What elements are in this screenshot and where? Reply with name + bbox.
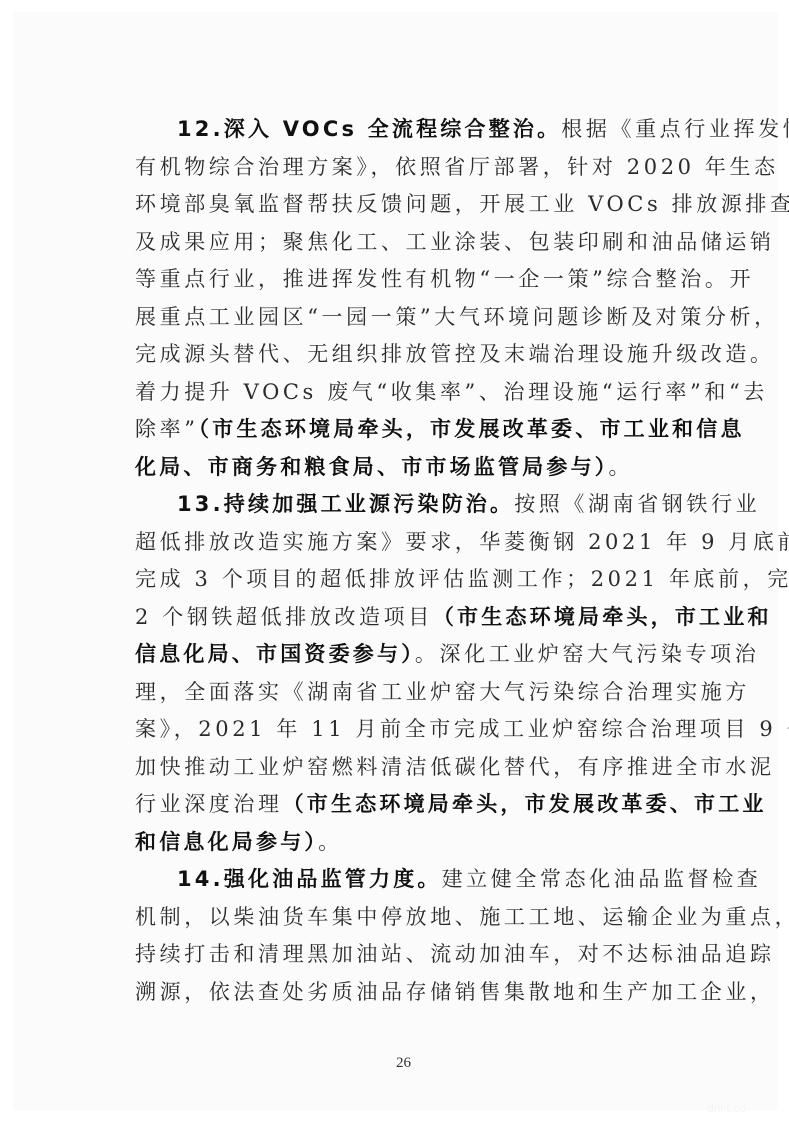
paragraph-13-line-5: 信息化局、市国资委参与）。深化工业炉窑大气污染专项治: [135, 636, 685, 674]
text-segment: 完成源头替代、无组织排放管控及末端治理设施升级改造。: [135, 342, 775, 366]
text-segment: 。: [318, 830, 343, 854]
document-page: 12.深入 VOCs 全流程综合整治。根据《重点行业挥发性 有机物综合治理方案》…: [13, 12, 778, 1110]
paragraph-12-line-3: 环境部臭氧监督帮扶反馈问题，开展工业 VOCs 排放源排查: [135, 186, 685, 224]
paragraph-13-line-10: 和信息化局参与）。: [135, 824, 685, 862]
text-segment: 理，全面落实《湖南省工业炉窑大气污染综合治理实施方: [135, 680, 750, 704]
item-14-heading: 14.强化油品监管力度。: [177, 867, 442, 891]
text-segment: 及成果应用；聚焦化工、工业涂装、包装印刷和油品储运销: [135, 230, 775, 254]
text-segment: 根据《重点行业挥发性: [561, 117, 789, 141]
responsible-departments: （市生态环境局牵头，市工业和: [433, 605, 772, 629]
paragraph-14-line-1: 14.强化油品监管力度。建立健全常态化油品监督检查: [135, 861, 685, 899]
text-segment: 行业深度治理: [135, 792, 283, 816]
paragraph-14-line-3: 持续打击和清理黑加油站、流动加油车，对不达标油品追踪: [135, 936, 685, 974]
responsible-departments: 化局、市商务和粮食局、市市场监管局参与）: [135, 455, 609, 479]
paragraph-13-line-7: 案》，2021 年 11 月前全市完成工业炉窑综合治理项目 9 个。: [135, 711, 685, 749]
text-segment: 溯源，依法查处劣质油品存储销售集散地和生产加工企业，: [135, 980, 775, 1004]
responsible-departments: （市生态环境局牵头，市发展改革委、市工业和信息: [199, 417, 745, 441]
text-segment: 加快推动工业炉窑燃料清洁低碳化替代，有序推进全市水泥: [135, 755, 775, 779]
text-segment: 着力提升 VOCs 废气“收集率”、治理设施“运行率”和“去: [135, 380, 768, 404]
responsible-departments: 和信息化局参与）: [135, 830, 318, 854]
paragraph-12-line-9: 除率”（市生态环境局牵头，市发展改革委、市工业和信息: [135, 411, 685, 449]
item-13-heading: 13.持续加强工业源污染防治。: [177, 492, 514, 516]
text-segment: 完成 3 个项目的超低排放评估监测工作；2021 年底前，完成: [135, 567, 789, 591]
item-12-heading: 12.深入 VOCs 全流程综合整治。: [177, 117, 561, 141]
text-segment: 案》，2021 年 11 月前全市完成工业炉窑综合治理项目 9 个。: [135, 717, 789, 741]
paragraph-12-line-7: 完成源头替代、无组织排放管控及末端治理设施升级改造。: [135, 336, 685, 374]
text-segment: 按照《湖南省钢铁行业: [514, 492, 760, 516]
paragraph-12-line-10: 化局、市商务和粮食局、市市场监管局参与）。: [135, 449, 685, 487]
paragraph-13-line-1: 13.持续加强工业源污染防治。按照《湖南省钢铁行业: [135, 486, 685, 524]
text-segment: 环境部臭氧监督帮扶反馈问题，开展工业 VOCs 排放源排查: [135, 192, 789, 216]
text-segment: 建立健全常态化油品监督检查: [442, 867, 762, 891]
paragraph-13-line-4: 2 个钢铁超低排放改造项目（市生态环境局牵头，市工业和: [135, 599, 685, 637]
paragraph-12-line-2: 有机物综合治理方案》，依照省厅部署，针对 2020 年生态: [135, 149, 685, 187]
watermark: dnl.t.co: [707, 1101, 746, 1115]
paragraph-14-line-4: 溯源，依法查处劣质油品存储销售集散地和生产加工企业，: [135, 974, 685, 1012]
text-segment: 除率”: [135, 417, 199, 441]
paragraph-14-line-2: 机制，以柴油货车集中停放地、施工工地、运输企业为重点，: [135, 899, 685, 937]
paragraph-12-line-8: 着力提升 VOCs 废气“收集率”、治理设施“运行率”和“去: [135, 374, 685, 412]
paragraph-13-line-9: 行业深度治理（市生态环境局牵头，市发展改革委、市工业: [135, 786, 685, 824]
text-segment: 有机物综合治理方案》，依照省厅部署，针对 2020 年生态: [135, 155, 779, 179]
page-number: 26: [396, 1055, 411, 1072]
text-segment: 超低排放改造实施方案》要求，华菱衡钢 2021 年 9 月底前: [135, 530, 789, 554]
text-segment: 机制，以柴油货车集中停放地、施工工地、运输企业为重点，: [135, 905, 789, 929]
paragraph-12-line-1: 12.深入 VOCs 全流程综合整治。根据《重点行业挥发性: [135, 111, 685, 149]
paragraph-12-line-5: 等重点行业，推进挥发性有机物“一企一策”综合整治。开: [135, 261, 685, 299]
document-body: 12.深入 VOCs 全流程综合整治。根据《重点行业挥发性 有机物综合治理方案》…: [135, 111, 685, 1011]
text-segment: 展重点工业园区“一园一策”大气环境问题诊断及对策分析，: [135, 305, 779, 329]
text-segment: 。深化工业炉窑大气污染专项治: [415, 642, 759, 666]
paragraph-13-line-6: 理，全面落实《湖南省工业炉窑大气污染综合治理实施方: [135, 674, 685, 712]
paragraph-13-line-3: 完成 3 个项目的超低排放评估监测工作；2021 年底前，完成: [135, 561, 685, 599]
paragraph-12-line-6: 展重点工业园区“一园一策”大气环境问题诊断及对策分析，: [135, 299, 685, 337]
text-segment: 。: [609, 455, 634, 479]
responsible-departments: （市生态环境局牵头，市发展改革委、市工业: [283, 792, 767, 816]
paragraph-13-line-8: 加快推动工业炉窑燃料清洁低碳化替代，有序推进全市水泥: [135, 749, 685, 787]
paragraph-12-line-4: 及成果应用；聚焦化工、工业涂装、包装印刷和油品储运销: [135, 224, 685, 262]
text-segment: 2 个钢铁超低排放改造项目: [135, 605, 433, 629]
responsible-departments: 信息化局、市国资委参与）: [135, 642, 415, 666]
text-segment: 等重点行业，推进挥发性有机物“一企一策”综合整治。开: [135, 267, 754, 291]
text-segment: 持续打击和清理黑加油站、流动加油车，对不达标油品追踪: [135, 942, 775, 966]
paragraph-13-line-2: 超低排放改造实施方案》要求，华菱衡钢 2021 年 9 月底前: [135, 524, 685, 562]
